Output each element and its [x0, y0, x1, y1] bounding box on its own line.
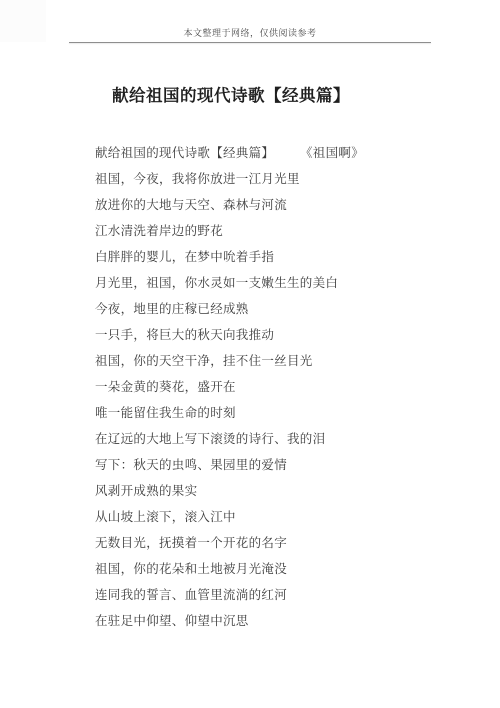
poem-heading-right: 《祖国啊》	[300, 140, 364, 166]
poem-heading-line: 献给祖国的现代诗歌【经典篇】 《祖国啊》	[95, 140, 435, 166]
poem-line: 写下：秋天的虫鸣、果园里的爱情	[95, 452, 435, 478]
poem-line: 唯一能留住我生命的时刻	[95, 400, 435, 426]
poem-line: 从山坡上滚下，滚入江中	[95, 504, 435, 530]
poem-line: 无数目光，抚摸着一个开花的名字	[95, 530, 435, 556]
poem-line: 一朵金黄的葵花，盛开在	[95, 374, 435, 400]
poem-line: 在辽远的大地上写下滚烫的诗行、我的泪	[95, 426, 435, 452]
poem-line: 在驻足中仰望、仰望中沉思	[95, 608, 435, 634]
poem-line: 风剥开成熟的果实	[95, 478, 435, 504]
poem-line: 江水清洗着岸边的野花	[95, 218, 435, 244]
poem-line: 放进你的大地与天空、森林与河流	[95, 192, 435, 218]
poem-line: 祖国，你的天空干净，挂不住一丝目光	[95, 348, 435, 374]
poem-line: 月光里，祖国，你水灵如一支嫩生生的美白	[95, 270, 435, 296]
header-divider	[69, 42, 431, 43]
poem-line: 祖国，你的花朵和土地被月光淹没	[95, 556, 435, 582]
document-title: 献给祖国的现代诗歌【经典篇】	[0, 82, 500, 106]
poem-line: 白胖胖的婴儿，在梦中吮着手指	[95, 244, 435, 270]
poem-body: 献给祖国的现代诗歌【经典篇】 《祖国啊》 祖国，今夜，我将你放进一江月光里放进你…	[95, 140, 435, 634]
poem-line: 祖国，今夜，我将你放进一江月光里	[95, 166, 435, 192]
header-note: 本文整理于网络，仅供阅读参考	[0, 26, 500, 39]
poem-line: 连同我的誓言、血管里流淌的红河	[95, 582, 435, 608]
poem-heading-left: 献给祖国的现代诗歌【经典篇】	[95, 146, 274, 160]
poem-line: 今夜，地里的庄稼已经成熟	[95, 296, 435, 322]
document-page: 本文整理于网络，仅供阅读参考 献给祖国的现代诗歌【经典篇】 献给祖国的现代诗歌【…	[0, 0, 500, 708]
poem-line: 一只手，将巨大的秋天向我推动	[95, 322, 435, 348]
